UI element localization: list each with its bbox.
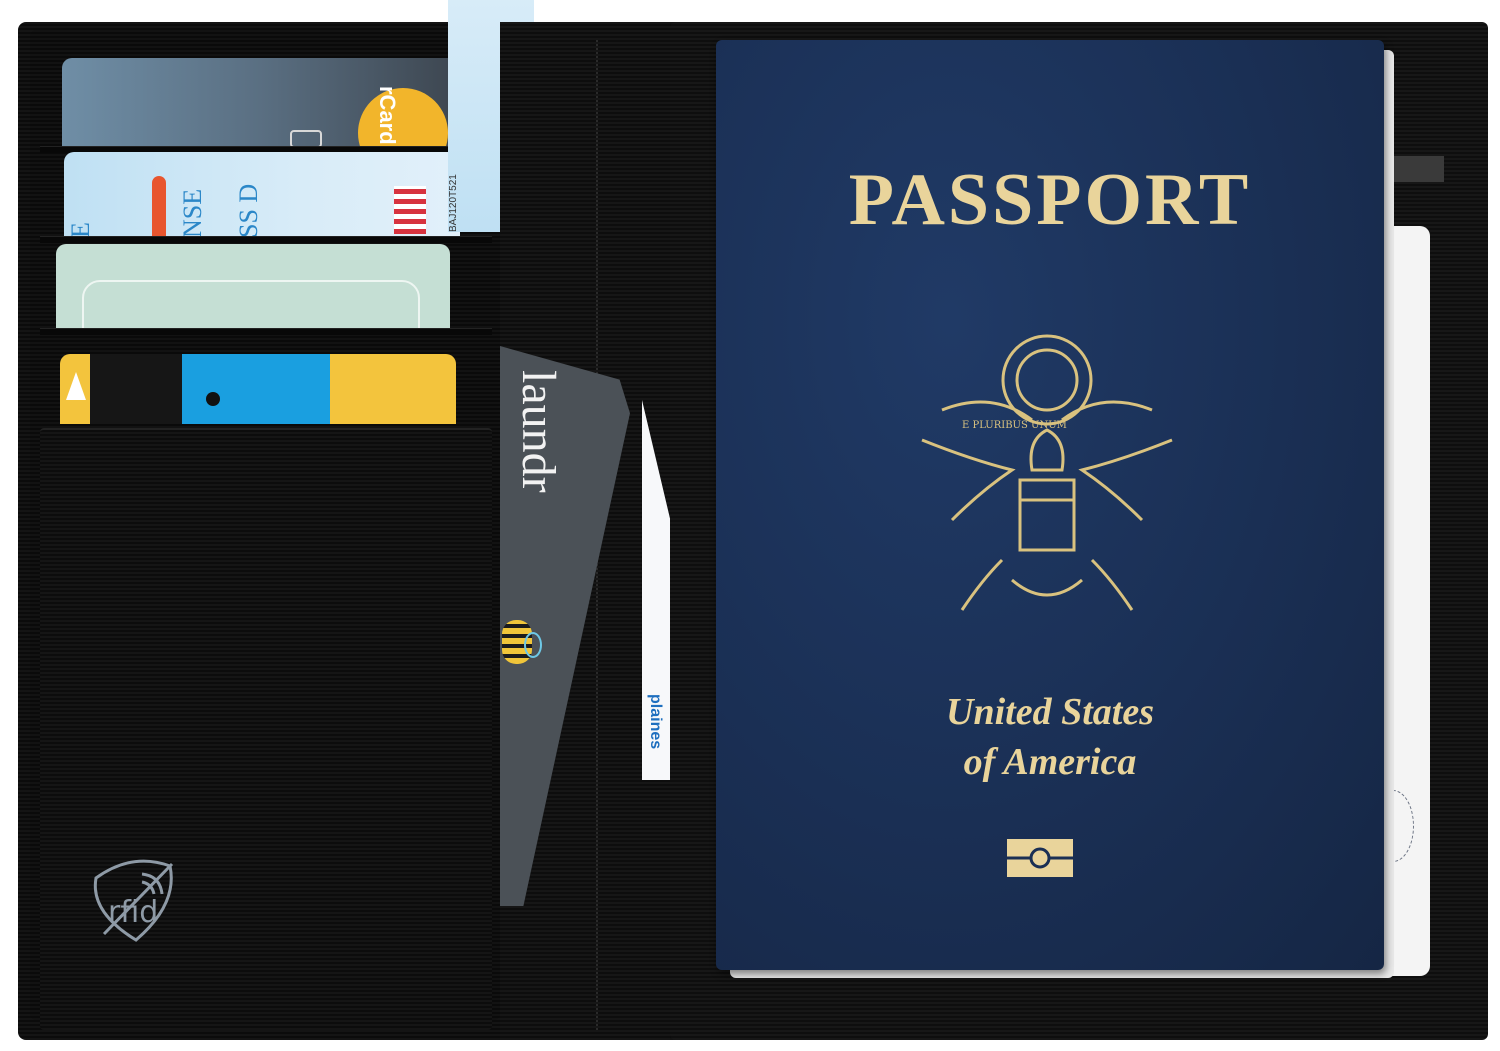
rfid-blocking-icon: rfid — [82, 852, 184, 944]
passport-country-line-2: of America — [716, 740, 1384, 784]
card-frame-pattern — [82, 280, 420, 330]
passport-title: PASSPORT — [716, 158, 1384, 243]
drivers-license-card: E NSE SS D — [64, 152, 460, 238]
product-photo: rCard E NSE SS D BAJ120T521 rfid plaines… — [0, 0, 1500, 1051]
us-flag-icon — [394, 186, 426, 234]
card-slot-edge — [40, 328, 492, 335]
card-blue-block — [182, 354, 330, 424]
card-black-stripe — [90, 354, 182, 424]
passport-country-line-1: United States — [716, 690, 1384, 734]
credit-card: rCard — [62, 58, 458, 148]
biometric-chip-icon — [1006, 838, 1074, 878]
arrow-icon — [66, 372, 86, 400]
card-dot — [206, 392, 220, 406]
rfid-text: rfid — [108, 895, 158, 930]
license-text-2: NSE — [178, 189, 208, 238]
us-passport: PASSPORT E PLURIBUS UNUM United States o… — [716, 40, 1384, 970]
credit-card-brand-text: rCard — [374, 86, 400, 145]
license-red-bar — [152, 176, 166, 238]
mastercard-logo-icon — [358, 88, 448, 148]
green-card — [56, 244, 450, 330]
laundry-card-text: laundr — [511, 370, 566, 493]
license-text-3: SS D — [234, 184, 264, 238]
seal-motto: E PLURIBUS UNUM — [962, 420, 1067, 431]
bee-wing-icon — [524, 632, 542, 658]
airline-card-text: plaines — [646, 694, 664, 749]
card-slot-edge — [40, 236, 492, 243]
great-seal-eagle-icon: E PLURIBUS UNUM — [902, 320, 1192, 630]
transit-card — [60, 354, 456, 424]
